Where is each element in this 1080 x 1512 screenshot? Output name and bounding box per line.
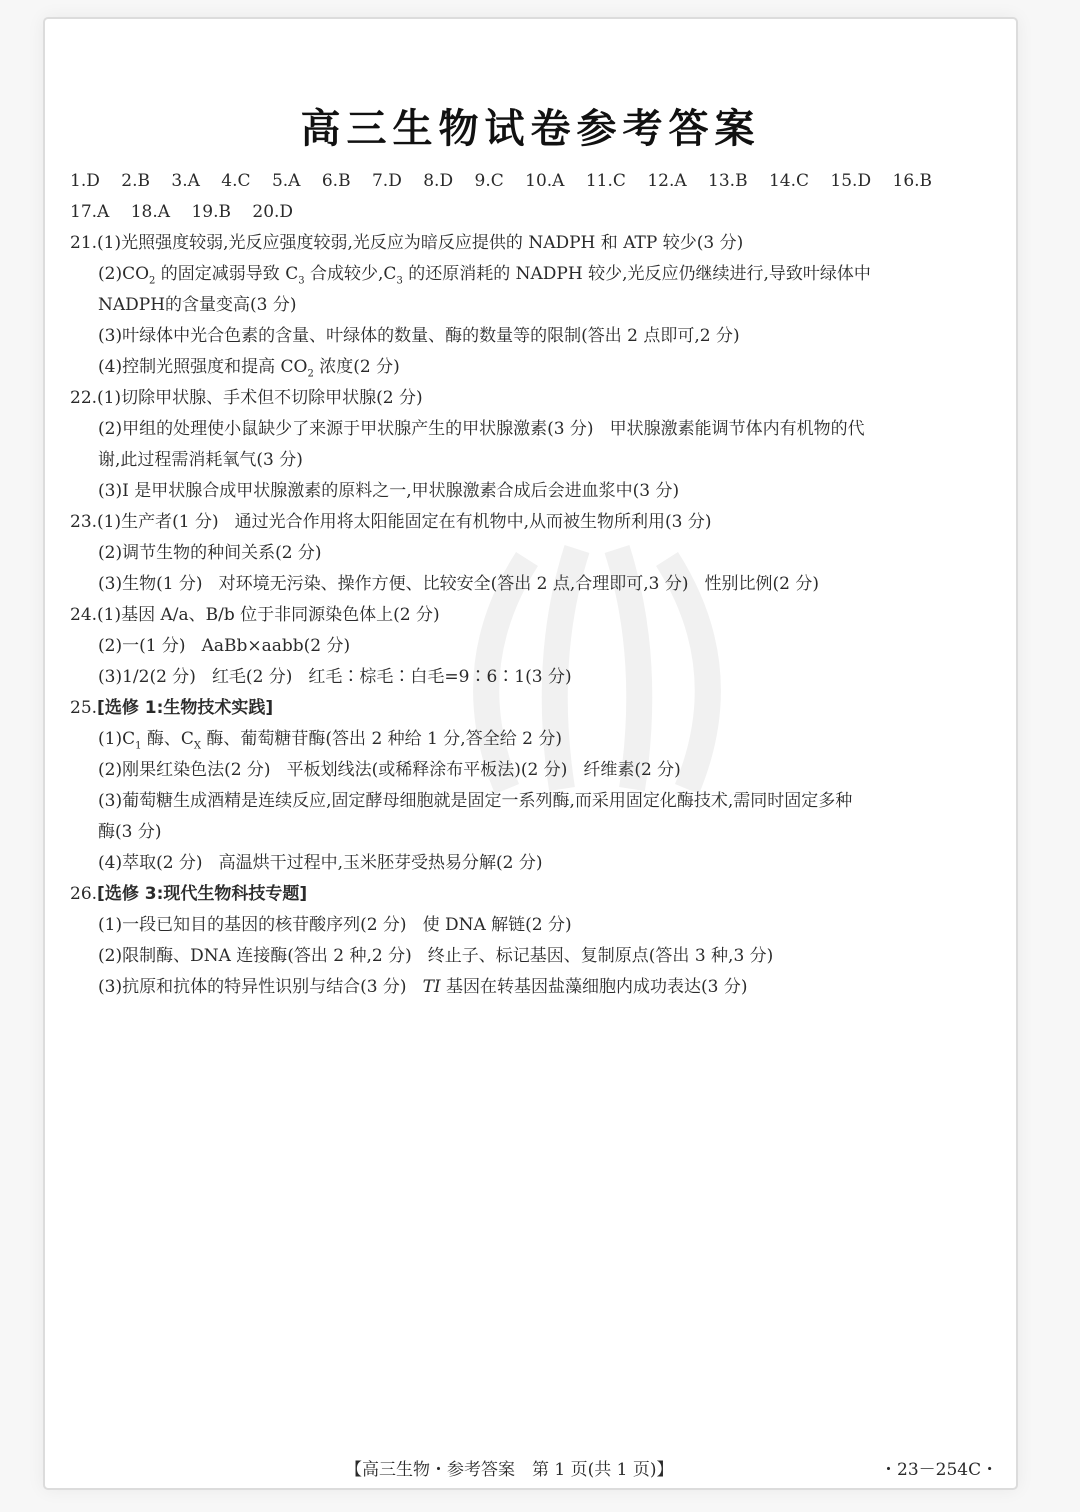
answer-text: 对环境无污染、操作方便、比较安全(答出 2 点,合理即可,3 分) [219,574,689,594]
q23-part-1: 23.(1)生产者(1 分)通过光合作用将太阳能固定在有机物中,从而被生物所利用… [70,507,1000,538]
q22-part-2: (2)甲组的处理使小鼠缺少了来源于甲状腺产生的甲状腺激素(3 分)甲状腺激素能调… [70,414,1000,445]
answer-text: 使 DNA 解链(2 分) [423,915,572,935]
answer-text: (1)C [98,729,135,749]
answer-text: 基因在转基因盐藻细胞内成功表达(3 分) [441,977,748,997]
choice-answer: 2.B [121,171,150,191]
answer-text: (3)1/2(2 分) [98,667,196,687]
subscript: X [194,740,201,751]
q21-part-1: 21.(1)光照强度较弱,光反应强度较弱,光反应为暗反应提供的 NADPH 和 … [70,228,1000,259]
q24-part-2: (2)一(1 分)AaBb×aabb(2 分) [70,631,1000,662]
question-number: 23. [70,512,97,532]
q23-part-2: (2)调节生物的种间关系(2 分) [70,538,1000,569]
q23-part-3: (3)生物(1 分)对环境无污染、操作方便、比较安全(答出 2 点,合理即可,3… [70,569,1000,600]
q22-part-3: (3)I 是甲状腺合成甲状腺激素的原料之一,甲状腺激素合成后会进血浆中(3 分) [70,476,1000,507]
answer-text: 酶、葡萄糖苷酶(答出 2 种给 1 分,答全给 2 分) [201,729,562,749]
answer-text: (2)甲组的处理使小鼠缺少了来源于甲状腺产生的甲状腺激素(3 分) [98,419,594,439]
q25-part-2: (2)刚果红染色法(2 分)平板划线法(或稀释涂布平板法)(2 分)纤维素(2 … [70,755,1000,786]
answer-text: (3)生物(1 分) [98,574,203,594]
document-code: ・23－254C・ [880,1455,998,1480]
answer-text: 合成较少,C [305,264,397,284]
choice-answers-row-1: 1.D 2.B 3.A 4.C 5.A 6.B 7.D 8.D 9.C 10.A… [70,166,1000,197]
q21-part-2-cont: NADPH的含量变高(3 分) [70,290,1000,321]
choice-answer: 7.D [372,171,402,191]
question-number: 21. [70,233,97,253]
answer-text: 的固定减弱导致 C [155,264,298,284]
page-title: 高三生物试卷参考答案 [45,97,1016,154]
q25-part-4: (4)萃取(2 分)高温烘干过程中,玉米胚芽受热易分解(2 分) [70,848,1000,879]
answer-text: AaBb×aabb(2 分) [202,636,351,656]
q26-heading: 26.[选修 3:现代生物科技专题] [70,879,1000,910]
choice-answer: 19.B [191,202,231,222]
answer-text: (1)一段已知目的基因的核苷酸序列(2 分) [98,915,407,935]
choice-answer: 11.C [586,171,626,191]
choice-answers-row-2: 17.A 18.A 19.B 20.D [70,197,1000,228]
choice-answer: 9.C [475,171,504,191]
choice-answer: 10.A [525,171,564,191]
q25-part-1: (1)C1 酶、CX 酶、葡萄糖苷酶(答出 2 种给 1 分,答全给 2 分) [70,724,1000,755]
q21-part-4: (4)控制光照强度和提高 CO2 浓度(2 分) [70,352,1000,383]
choice-answer: 16.B [893,171,933,191]
q22-part-2-cont: 谢,此过程需消耗氧气(3 分) [70,445,1000,476]
answer-text: (1)生产者(1 分) [97,512,219,532]
question-number: 25. [70,698,97,718]
answer-text: 纤维素(2 分) [583,760,680,780]
answer-text: (1)切除甲状腺、手术但不切除甲状腺(2 分) [97,388,423,408]
q24-part-3: (3)1/2(2 分)红毛(2 分)红毛∶棕毛∶白毛=9∶6∶1(3 分) [70,662,1000,693]
q26-part-2: (2)限制酶、DNA 连接酶(答出 2 种,2 分)终止子、标记基因、复制原点(… [70,941,1000,972]
q22-part-1: 22.(1)切除甲状腺、手术但不切除甲状腺(2 分) [70,383,1000,414]
answer-text: 高温烘干过程中,玉米胚芽受热易分解(2 分) [219,853,543,873]
choice-answer: 17.A [70,202,109,222]
answer-text: 酶、C [141,729,193,749]
q26-part-3: (3)抗原和抗体的特异性识别与结合(3 分)TI 基因在转基因盐藻细胞内成功表达… [70,972,1000,1003]
answer-text: 终止子、标记基因、复制原点(答出 3 种,3 分) [428,946,774,966]
choice-answer: 15.D [830,171,871,191]
choice-answer: 4.C [221,171,250,191]
choice-answer: 5.A [272,171,301,191]
q25-heading: 25.[选修 1:生物技术实践] [70,693,1000,724]
answer-text: 甲状腺激素能调节体内有机物的代 [610,419,865,439]
q21-part-2: (2)CO2 的固定减弱导致 C3 合成较少,C3 的还原消耗的 NADPH 较… [70,259,1000,290]
question-number: 22. [70,388,97,408]
choice-answer: 1.D [70,171,100,191]
answer-text: 通过光合作用将太阳能固定在有机物中,从而被生物所利用(3 分) [235,512,712,532]
question-number: 26. [70,884,97,904]
choice-answer: 18.A [131,202,170,222]
answer-text: (4)控制光照强度和提高 CO [98,357,307,377]
choice-answer: 20.D [252,202,293,222]
answer-text: (2)CO [98,264,149,284]
q26-part-1: (1)一段已知目的基因的核苷酸序列(2 分)使 DNA 解链(2 分) [70,910,1000,941]
section-heading: [选修 3:现代生物科技专题] [97,884,307,904]
answer-text: (1)基因 A/a、B/b 位于非同源染色体上(2 分) [97,605,440,625]
answer-text: 性别比例(2 分) [705,574,819,594]
page-footer: 【高三生物・参考答案 第 1 页(共 1 页)】 [345,1455,674,1480]
answer-text: (4)萃取(2 分) [98,853,203,873]
answer-text: (2)一(1 分) [98,636,186,656]
q21-part-3: (3)叶绿体中光合色素的含量、叶绿体的数量、酶的数量等的限制(答出 2 点即可,… [70,321,1000,352]
answer-text: (2)刚果红染色法(2 分) [98,760,271,780]
section-heading: [选修 1:生物技术实践] [97,698,273,718]
answer-text: 红毛∶棕毛∶白毛=9∶6∶1(3 分) [308,667,571,687]
gene-name: TI [423,977,441,997]
choice-answer: 14.C [769,171,809,191]
q25-part-3: (3)葡萄糖生成酒精是连续反应,固定酵母细胞就是固定一系列酶,而采用固定化酶技术… [70,786,1000,817]
answer-text: 平板划线法(或稀释涂布平板法)(2 分) [287,760,568,780]
q24-part-1: 24.(1)基因 A/a、B/b 位于非同源染色体上(2 分) [70,600,1000,631]
answer-content: 1.D 2.B 3.A 4.C 5.A 6.B 7.D 8.D 9.C 10.A… [70,166,1000,1003]
choice-answer: 6.B [322,171,351,191]
answer-text: (1)光照强度较弱,光反应强度较弱,光反应为暗反应提供的 NADPH 和 ATP… [97,233,743,253]
answer-text: (3)抗原和抗体的特异性识别与结合(3 分) [98,977,407,997]
choice-answer: 13.B [708,171,748,191]
choice-answer: 12.A [647,171,686,191]
question-number: 24. [70,605,97,625]
answer-text: 浓度(2 分) [314,357,400,377]
answer-text: 的还原消耗的 NADPH 较少,光反应仍继续进行,导致叶绿体中 [403,264,871,284]
q25-part-3-cont: 酶(3 分) [70,817,1000,848]
choice-answer: 3.A [171,171,200,191]
choice-answer: 8.D [423,171,453,191]
answer-text: 红毛(2 分) [212,667,292,687]
answer-text: (2)限制酶、DNA 连接酶(答出 2 种,2 分) [98,946,412,966]
